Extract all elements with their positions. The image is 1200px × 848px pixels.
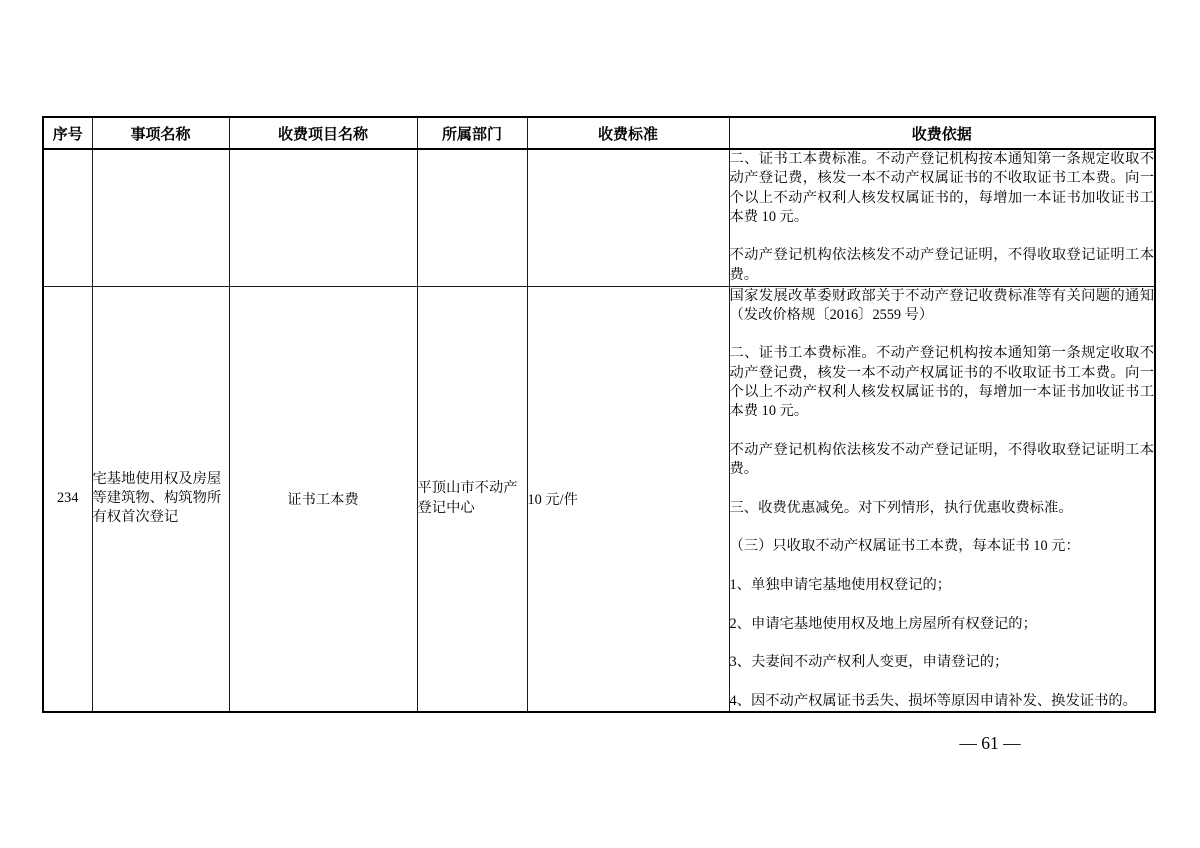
cell-department <box>417 149 527 286</box>
cell-item-name <box>92 149 229 286</box>
fee-schedule-table: 序号 事项名称 收费项目名称 所属部门 收费标准 收费依据 二、证书工本费标准。… <box>42 116 1156 713</box>
cell-fee-standard: 10 元/件 <box>527 286 729 712</box>
document-page: 序号 事项名称 收费项目名称 所属部门 收费标准 收费依据 二、证书工本费标准。… <box>0 0 1200 848</box>
column-header-item-name: 事项名称 <box>92 117 229 149</box>
column-header-department: 所属部门 <box>417 117 527 149</box>
table-row: 二、证书工本费标准。不动产登记机构按本通知第一条规定收取不动产登记费，核发一本不… <box>43 149 1155 286</box>
cell-fee-project <box>229 149 417 286</box>
page-number: — 61 — <box>905 733 1075 754</box>
table-row: 234 宅基地使用权及房屋等建筑物、构筑物所有权首次登记 证书工本费 平顶山市不… <box>43 286 1155 712</box>
cell-fee-basis: 国家发展改革委财政部关于不动产登记收费标准等有关问题的通知（发改价格规〔2016… <box>729 286 1155 712</box>
cell-fee-project: 证书工本费 <box>229 286 417 712</box>
column-header-fee-standard: 收费标准 <box>527 117 729 149</box>
column-header-fee-basis: 收费依据 <box>729 117 1155 149</box>
cell-fee-basis: 二、证书工本费标准。不动产登记机构按本通知第一条规定收取不动产登记费，核发一本不… <box>729 149 1155 286</box>
cell-seq: 234 <box>43 286 92 712</box>
table-header-row: 序号 事项名称 收费项目名称 所属部门 收费标准 收费依据 <box>43 117 1155 149</box>
column-header-seq: 序号 <box>43 117 92 149</box>
cell-fee-standard <box>527 149 729 286</box>
cell-seq <box>43 149 92 286</box>
cell-department: 平顶山市不动产登记中心 <box>417 286 527 712</box>
cell-item-name: 宅基地使用权及房屋等建筑物、构筑物所有权首次登记 <box>92 286 229 712</box>
column-header-fee-project: 收费项目名称 <box>229 117 417 149</box>
